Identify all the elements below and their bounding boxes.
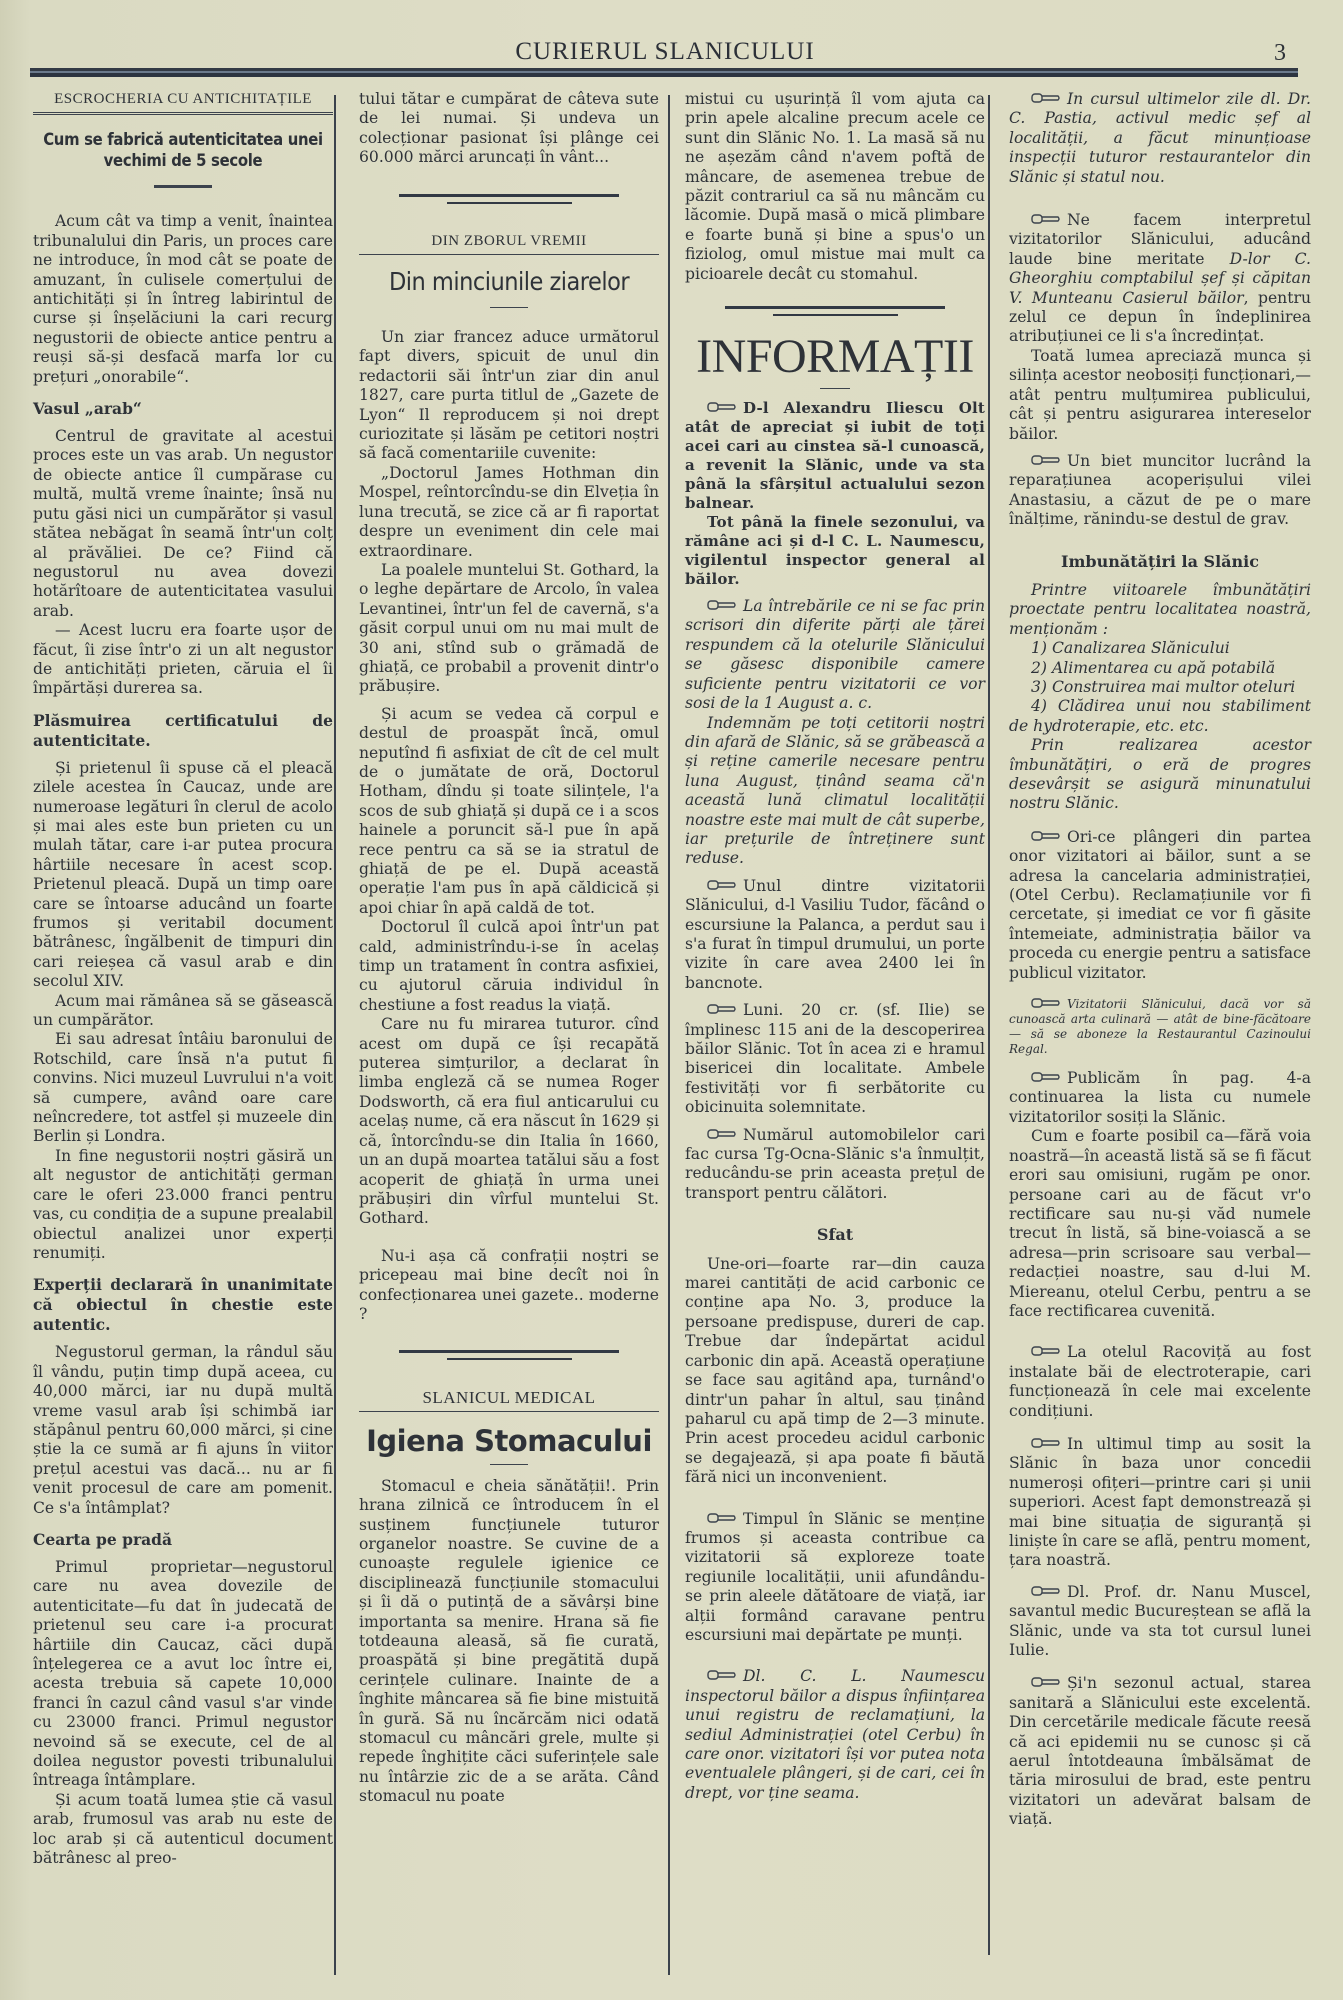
separator xyxy=(154,185,212,188)
paragraph: Care nu fu mirarea tuturor. cînd acest o… xyxy=(359,1015,659,1228)
paragraph: Ei sau adresat întâiu baronului de Rotsc… xyxy=(33,1030,333,1146)
list-item: 4) Clădirea unui nou stabiliment de hydr… xyxy=(1009,697,1311,736)
news-item: Unul dintre vizitatorii Slănicului, d-l … xyxy=(685,877,985,993)
paragraph: Stomacul e cheia sănătății!. Prin hrana … xyxy=(359,1477,659,1807)
paragraph: — Acest lucru era foarte ușor de făcut, … xyxy=(33,621,333,699)
column-1: ESCROCHERIA CU ANTICHITAȚILE Cum se fabr… xyxy=(33,90,333,1868)
news-item: Indemnăm pe toți cetitorii noștri din af… xyxy=(685,714,985,869)
paragraph-continuation: tului tătar e cumpărat de câteva sute de… xyxy=(359,90,659,168)
pointing-hand-icon xyxy=(707,1129,737,1139)
pointing-hand-icon xyxy=(1031,1586,1061,1596)
pointing-hand-icon xyxy=(1031,455,1061,465)
paragraph: Centrul de gravitate al acestui proces e… xyxy=(33,427,333,621)
subheading: Vasul „arab“ xyxy=(33,399,333,419)
news-item: Tot până la finele sezonului, va rămâne … xyxy=(685,513,985,589)
news-item: D-l Alexandru Iliescu Olt atât de apreci… xyxy=(685,399,985,513)
pointing-hand-icon xyxy=(707,1513,737,1523)
pointing-hand-icon xyxy=(707,600,737,610)
subheading: Imbunătățiri la Slănic xyxy=(1009,552,1311,571)
masthead-rule xyxy=(30,68,1298,78)
paragraph: Acum mai rămânea să se găsească un cumpă… xyxy=(33,992,333,1031)
news-item: In ultimul timp au sosit la Slănic în ba… xyxy=(1009,1435,1311,1571)
subheading: Experții declarară în unanimitate că obi… xyxy=(33,1275,333,1335)
news-item: Publicăm în pag. 4-a continuarea la list… xyxy=(1009,1069,1311,1127)
article-headline: Cum se fabrică autenticitatea unei vechi… xyxy=(33,129,333,171)
separator xyxy=(725,306,945,316)
news-item: Ori-ce plângeri din partea onor vizitato… xyxy=(1009,828,1311,983)
paragraph: Une-ori—foarte rar—din cauza marei canti… xyxy=(685,1255,985,1488)
news-item: Vizitatorii Slănicului, dacă vor să cuno… xyxy=(1009,997,1311,1057)
pointing-hand-icon xyxy=(1031,93,1061,103)
subheading: Sfat xyxy=(685,1225,985,1244)
separator xyxy=(490,1464,528,1465)
paragraph: Și acum toată lumea știe că vasul arab, … xyxy=(33,1791,333,1869)
section-label: SLANICUL MEDICAL xyxy=(359,1388,659,1411)
news-item: Dl. Prof. dr. Nanu Muscel, savantul medi… xyxy=(1009,1583,1311,1661)
pointing-hand-icon xyxy=(1031,1677,1061,1687)
news-item: La întrebările ce ni se fac prin scrisor… xyxy=(685,597,985,713)
section-headline: INFORMAȚII xyxy=(685,330,985,384)
pointing-hand-icon xyxy=(1031,831,1061,841)
pointing-hand-icon xyxy=(1031,998,1061,1008)
list-item: 3) Construirea mai multor oteluri xyxy=(1009,678,1311,697)
pointing-hand-icon xyxy=(1031,1438,1061,1448)
news-item: Un biet muncitor lucrând la reparațiunea… xyxy=(1009,452,1311,530)
paragraph: „Doctorul James Hothman din Mospel, reîn… xyxy=(359,464,659,561)
pointing-hand-icon xyxy=(1031,1072,1061,1082)
news-item: Ne facem interpretul vizitatorilor Slăni… xyxy=(1009,211,1311,347)
separator xyxy=(490,307,528,308)
paragraph: Un ziar francez aduce următorul fapt div… xyxy=(359,328,659,464)
news-item: Timpul în Slănic se menține frumos și ac… xyxy=(685,1510,985,1646)
news-item: La otelul Racoviță au fost instalate băi… xyxy=(1009,1343,1311,1421)
news-item: In cursul ultimelor zile dl. Dr. C. Past… xyxy=(1009,90,1311,187)
pointing-hand-icon xyxy=(707,1004,737,1014)
pointing-hand-icon xyxy=(707,1670,737,1680)
paragraph: Acum cât va timp a venit, înaintea tribu… xyxy=(33,212,333,387)
page-number: 3 xyxy=(1274,40,1286,67)
paragraph: Negustorul german, la rândul său îl vând… xyxy=(33,1343,333,1518)
separator xyxy=(399,194,619,204)
section-label: DIN ZBORUL VREMII xyxy=(359,232,659,255)
separator xyxy=(399,1350,619,1360)
section-label: ESCROCHERIA CU ANTICHITAȚILE xyxy=(33,90,333,115)
paragraph: Cum e foarte posibil ca—fără voia noastr… xyxy=(1009,1127,1311,1321)
paragraph: Primul proprietar—negustorul care nu ave… xyxy=(33,1558,333,1791)
news-item: Dl. C. L. Naumescu inspectorul băilor a … xyxy=(685,1667,985,1803)
column-4: In cursul ultimelor zile dl. Dr. C. Past… xyxy=(1009,90,1311,1830)
column-divider xyxy=(668,95,670,1975)
paragraph: Doctorul îl culcă apoi într'un pat cald,… xyxy=(359,918,659,1015)
list-item: 1) Canalizarea Slănicului xyxy=(1009,639,1311,658)
pointing-hand-icon xyxy=(1031,214,1061,224)
paragraph: Nu-i așa că confrații noștri se pricepea… xyxy=(359,1247,659,1325)
column-2: tului tătar e cumpărat de câteva sute de… xyxy=(359,90,659,1807)
article-headline: Din minciunile ziarelor xyxy=(359,267,659,297)
column-divider xyxy=(334,95,336,1975)
article-headline: Igiena Stomacului xyxy=(359,1424,659,1458)
separator xyxy=(820,388,850,389)
pointing-hand-icon xyxy=(1031,1346,1061,1356)
list-item: 2) Alimentarea cu apă potabilă xyxy=(1009,659,1311,678)
masthead: CURIERUL SLANICULUI 3 xyxy=(30,38,1300,66)
subheading: Plăsmuirea certificatului de autenticita… xyxy=(33,711,333,751)
paragraph: Toată lumea apreciază munca și silința a… xyxy=(1009,347,1311,444)
paragraph: Și acum se vedea că corpul e destul de p… xyxy=(359,705,659,918)
paragraph: Și prietenul îi spuse că el pleacă zilel… xyxy=(33,759,333,992)
paragraph: In fine negustorii noștri găsiră un alt … xyxy=(33,1147,333,1263)
paragraph-continuation: mistui cu ușurință îl vom ajuta ca prin … xyxy=(685,90,985,284)
column-divider xyxy=(988,95,990,1955)
pointing-hand-icon xyxy=(707,880,737,890)
newspaper-page: CURIERUL SLANICULUI 3 ESCROCHERIA CU ANT… xyxy=(0,0,1343,2000)
news-item: Și'n sezonul actual, starea sanitară a S… xyxy=(1009,1674,1311,1829)
news-item: Numărul automobilelor cari fac cursa Tg-… xyxy=(685,1126,985,1204)
newspaper-title: CURIERUL SLANICULUI xyxy=(30,38,1300,66)
paragraph: Printre viitoarele îmbunătățiri proectat… xyxy=(1009,581,1311,639)
news-item: Luni. 20 cr. (sf. Ilie) se împlinesc 115… xyxy=(685,1001,985,1117)
column-3: mistui cu ușurință îl vom ajuta ca prin … xyxy=(685,90,985,1803)
paragraph: Prin realizarea acestor îmbunătățiri, o … xyxy=(1009,736,1311,814)
subheading: Cearta pe pradă xyxy=(33,1530,333,1550)
pointing-hand-icon xyxy=(707,402,737,412)
paragraph: La poalele muntelui St. Gothard, la o le… xyxy=(359,561,659,697)
